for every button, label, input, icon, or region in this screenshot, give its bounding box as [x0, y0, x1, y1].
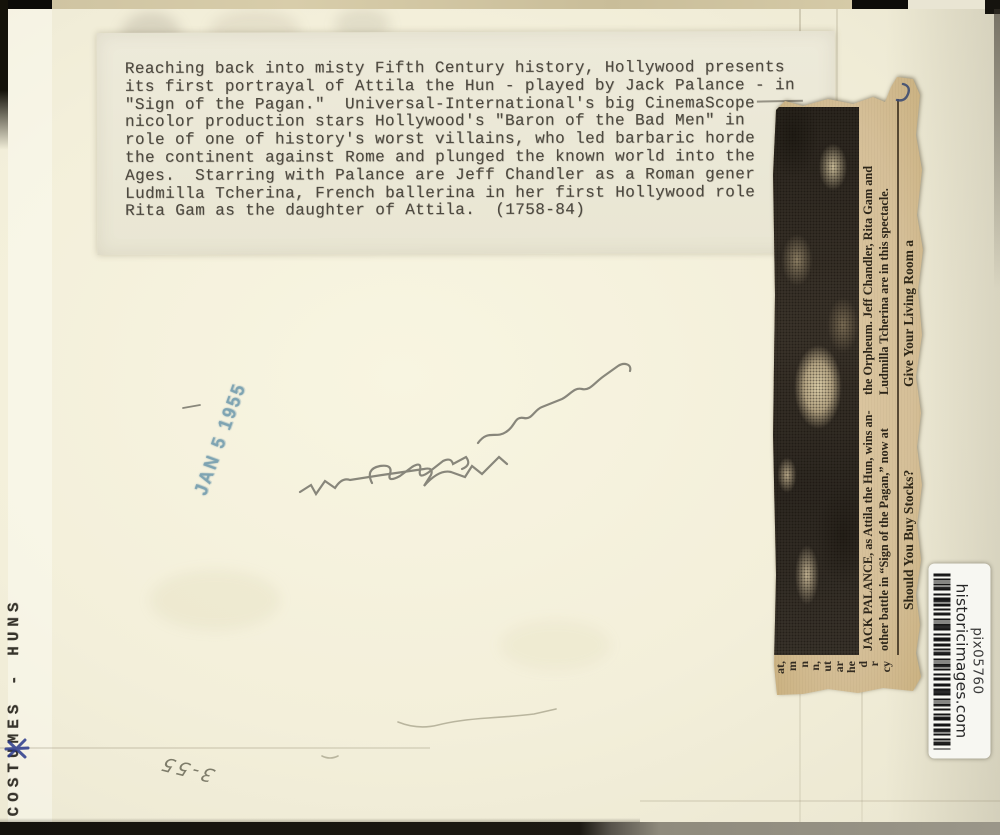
scan-edge: [852, 0, 908, 9]
barcode-icon: [934, 573, 951, 749]
sticker-site-text: historicimages.com: [953, 584, 970, 739]
scan-edge: [0, 0, 8, 150]
press-photo-back-scan: Reaching back into misty Fifth Century h…: [0, 0, 1000, 835]
scan-edge: [908, 0, 985, 9]
blue-ink-mark: [0, 0, 1000, 835]
scan-edge: [0, 822, 1000, 835]
barcode-sticker: pix05760 historicimages.com: [929, 564, 991, 759]
scan-edge: [52, 0, 852, 9]
sticker-id-text: pix05760: [971, 627, 985, 694]
scan-edge: [994, 9, 1000, 289]
pen-curl-mark: [897, 84, 909, 100]
